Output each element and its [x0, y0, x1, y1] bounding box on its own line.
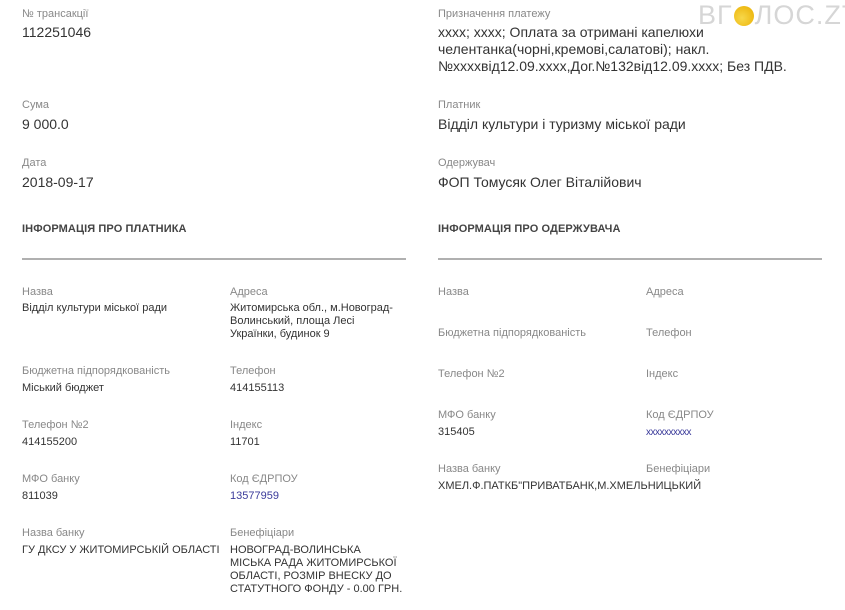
beneficiary-line: ОБЛАСТІ, РОЗМІР ВНЕСКУ ДО: [230, 570, 402, 583]
purpose-line: №ххххвід12.09.хххх,Дог.№132від12.09.хххх…: [438, 58, 787, 75]
payer-edrpou-label: Код ЄДРПОУ: [230, 473, 298, 486]
address-line: Волинський, площа Лесі: [230, 315, 393, 328]
payer-beneficiaries-value: НОВОГРАД-ВОЛИНСЬКА МІСЬКА РАДА ЖИТОМИРСЬ…: [230, 544, 402, 596]
recipient-mfo-label: МФО банку: [438, 409, 496, 422]
purpose-line: челентанка(чорні,кремові,салатові); накл…: [438, 41, 787, 58]
recipient-name-label: Назва: [438, 286, 469, 299]
payer-value: Відділ культури і туризму міської ради: [438, 116, 686, 133]
payer-label: Платник: [438, 99, 480, 112]
payer-mfo-label: МФО банку: [22, 473, 80, 486]
payer-index-label: Індекс: [230, 419, 262, 432]
payer-phone2-value: 414155200: [22, 436, 77, 449]
date-value: 2018-09-17: [22, 174, 94, 191]
recipient-label: Одержувач: [438, 157, 495, 170]
beneficiary-line: СТАТУТНОГО ФОНДУ - 0.00 ГРН.: [230, 583, 402, 596]
transaction-value: 112251046: [22, 24, 91, 41]
payer-bank-value: ГУ ДКСУ У ЖИТОМИРСЬКІЙ ОБЛАСТІ: [22, 544, 220, 557]
recipient-phone2-label: Телефон №2: [438, 368, 505, 381]
payer-address-value: Житомирська обл., м.Новоград- Волинський…: [230, 302, 393, 341]
purpose-label: Призначення платежу: [438, 8, 550, 21]
recipient-bank-label: Назва банку: [438, 463, 501, 476]
purpose-value: хххх; хххх; Оплата за отримані капелюхи …: [438, 24, 787, 75]
amount-value: 9 000.0: [22, 116, 69, 133]
payer-phone-value: 414155113: [230, 382, 284, 395]
recipient-mfo-value: 315405: [438, 426, 475, 439]
payer-address-label: Адреса: [230, 286, 268, 299]
address-line: Житомирська обл., м.Новоград-: [230, 302, 393, 315]
recipient-value: ФОП Томусяк Олег Віталійович: [438, 174, 642, 191]
beneficiary-line: МІСЬКА РАДА ЖИТОМИРСЬКОЇ: [230, 557, 402, 570]
payer-mfo-value: 811039: [22, 490, 58, 503]
payer-bank-label: Назва банку: [22, 527, 85, 540]
recipient-info-heading: ІНФОРМАЦІЯ ПРО ОДЕРЖУВАЧА: [438, 223, 621, 235]
recipient-edrpou-label: Код ЄДРПОУ: [646, 409, 714, 422]
recipient-address-label: Адреса: [646, 286, 684, 299]
payer-info-heading: ІНФОРМАЦІЯ ПРО ПЛАТНИКА: [22, 223, 187, 235]
payer-budget-value: Міський бюджет: [22, 382, 104, 395]
recipient-phone-label: Телефон: [646, 327, 692, 340]
address-line: Українки, будинок 9: [230, 328, 393, 341]
payer-phone2-label: Телефон №2: [22, 419, 89, 432]
payer-index-value: 11701: [230, 436, 260, 449]
date-label: Дата: [22, 157, 46, 170]
recipient-bank-value: ХМЕЛ.Ф.ПАТКБ"ПРИВАТБАНК,М.ХМЕЛЬНИЦЬКИЙ: [438, 480, 701, 493]
payer-budget-label: Бюджетна підпорядкованість: [22, 365, 170, 378]
recipient-beneficiaries-label: Бенефіціари: [646, 463, 710, 476]
beneficiary-line: НОВОГРАД-ВОЛИНСЬКА: [230, 544, 402, 557]
payer-edrpou-link[interactable]: 13577959: [230, 490, 279, 503]
recipient-edrpou-link[interactable]: хххххххххх: [646, 426, 691, 439]
payer-info-divider: [22, 258, 406, 260]
payer-beneficiaries-label: Бенефіціари: [230, 527, 294, 540]
payer-name-value: Відділ культури міської ради: [22, 302, 167, 315]
transaction-label: № трансакції: [22, 8, 88, 21]
purpose-line: хххх; хххх; Оплата за отримані капелюхи: [438, 24, 787, 41]
recipient-index-label: Індекс: [646, 368, 678, 381]
recipient-budget-label: Бюджетна підпорядкованість: [438, 327, 586, 340]
payer-phone-label: Телефон: [230, 365, 276, 378]
recipient-info-divider: [438, 258, 822, 260]
payer-name-label: Назва: [22, 286, 53, 299]
logo-signal-icon: [734, 6, 754, 26]
amount-label: Сума: [22, 99, 49, 112]
